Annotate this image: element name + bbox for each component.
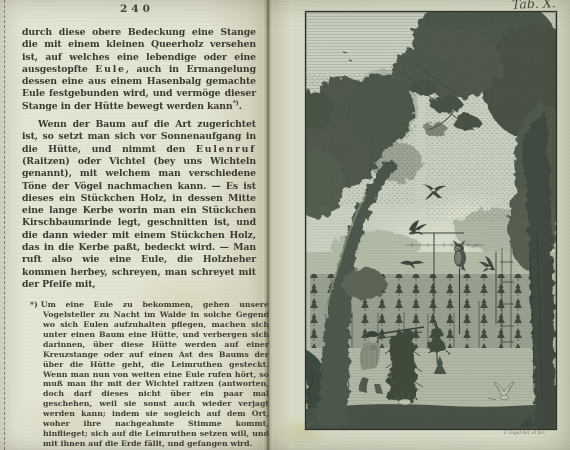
engraver-signature: I. Vogel del. et fec.: [504, 430, 546, 435]
binding-stitch-line: [4, 0, 5, 450]
book-spread: 240 durch diese obere Bedeckung eine Sta…: [0, 0, 570, 450]
right-page: Tab. X.: [273, 0, 570, 450]
engraving-scene: [306, 12, 556, 429]
footnote: *)Um eine Eule zu bekommen, gehen unsere…: [30, 300, 269, 449]
engraving-plate: [305, 11, 557, 430]
main-text: durch diese obere Bedeckung eine Stange …: [22, 27, 256, 291]
footnote-marker: *): [30, 300, 41, 309]
left-page: 240 durch diese obere Bedeckung eine Sta…: [0, 0, 263, 450]
page-number: 240: [20, 3, 254, 15]
paragraph: durch diese obere Bedeckung eine Stange …: [22, 27, 256, 113]
footnote-text: Um eine Eule zu bekommen, gehen unsere V…: [41, 300, 269, 448]
paragraph: Wenn der Baum auf die Art zugerichtet is…: [22, 119, 256, 291]
plate-label: Tab. X.: [512, 0, 556, 12]
grain-overlay: [306, 12, 556, 429]
